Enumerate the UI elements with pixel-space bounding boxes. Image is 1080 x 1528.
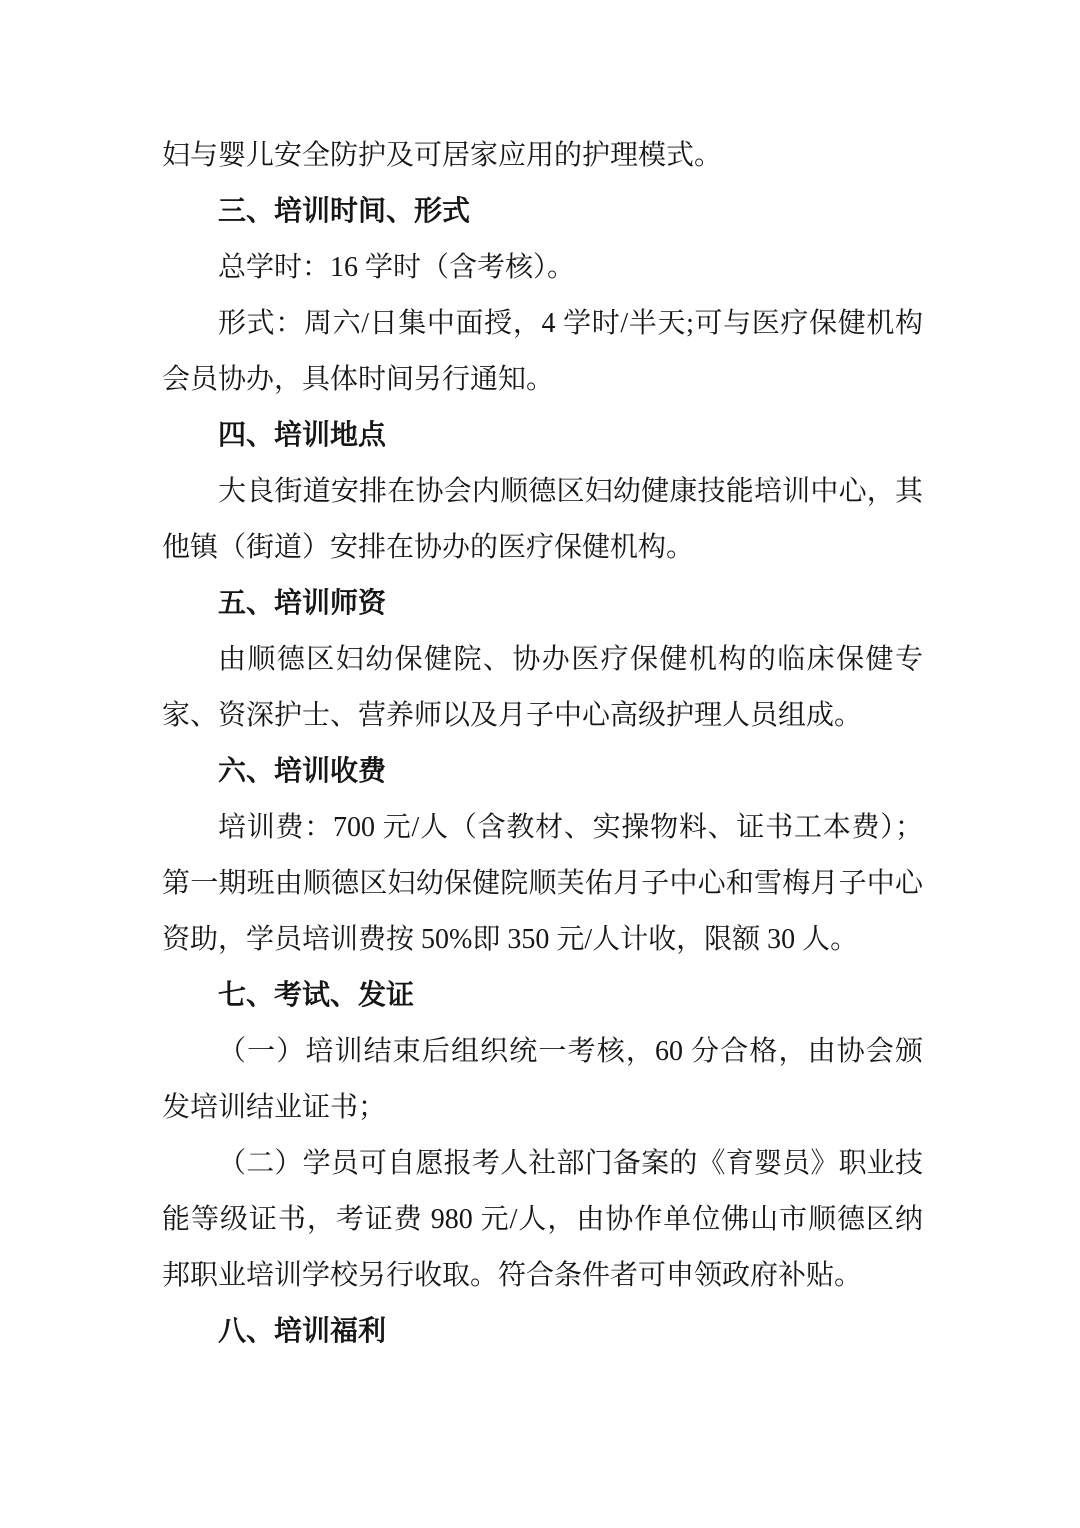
paragraph-exam-item-1: （一）培训结束后组织统一考核，60 分合格，由协会颁发培训结业证书； [162,1024,923,1136]
paragraph-total-hours: 总学时：16 学时（含考核）。 [162,240,923,296]
heading-training-location: 四、培训地点 [162,408,923,464]
paragraph-location: 大良街道安排在协会内顺德区妇幼健康技能培训中心，其他镇（街道）安排在协办的医疗保… [162,464,923,576]
heading-exam-certification: 七、考试、发证 [162,968,923,1024]
heading-training-faculty: 五、培训师资 [162,576,923,632]
heading-training-time-format: 三、培训时间、形式 [162,184,923,240]
heading-training-fee: 六、培训收费 [162,744,923,800]
paragraph-faculty: 由顺德区妇幼保健院、协办医疗保健机构的临床保健专家、资深护士、营养师以及月子中心… [162,632,923,744]
document-page: 妇与婴儿安全防护及可居家应用的护理模式。 三、培训时间、形式 总学时：16 学时… [0,0,1080,1528]
paragraph-fee: 培训费：700 元/人（含教材、实操物料、证书工本费）；第一期班由顺德区妇幼保健… [162,800,923,968]
paragraph-care-model-continuation: 妇与婴儿安全防护及可居家应用的护理模式。 [162,128,923,184]
paragraph-exam-item-2: （二）学员可自愿报考人社部门备案的《育婴员》职业技能等级证书，考证费 980 元… [162,1136,923,1304]
heading-training-benefits: 八、培训福利 [162,1304,923,1360]
paragraph-format: 形式：周六/日集中面授，4 学时/半天;可与医疗保健机构会员协办，具体时间另行通… [162,296,923,408]
